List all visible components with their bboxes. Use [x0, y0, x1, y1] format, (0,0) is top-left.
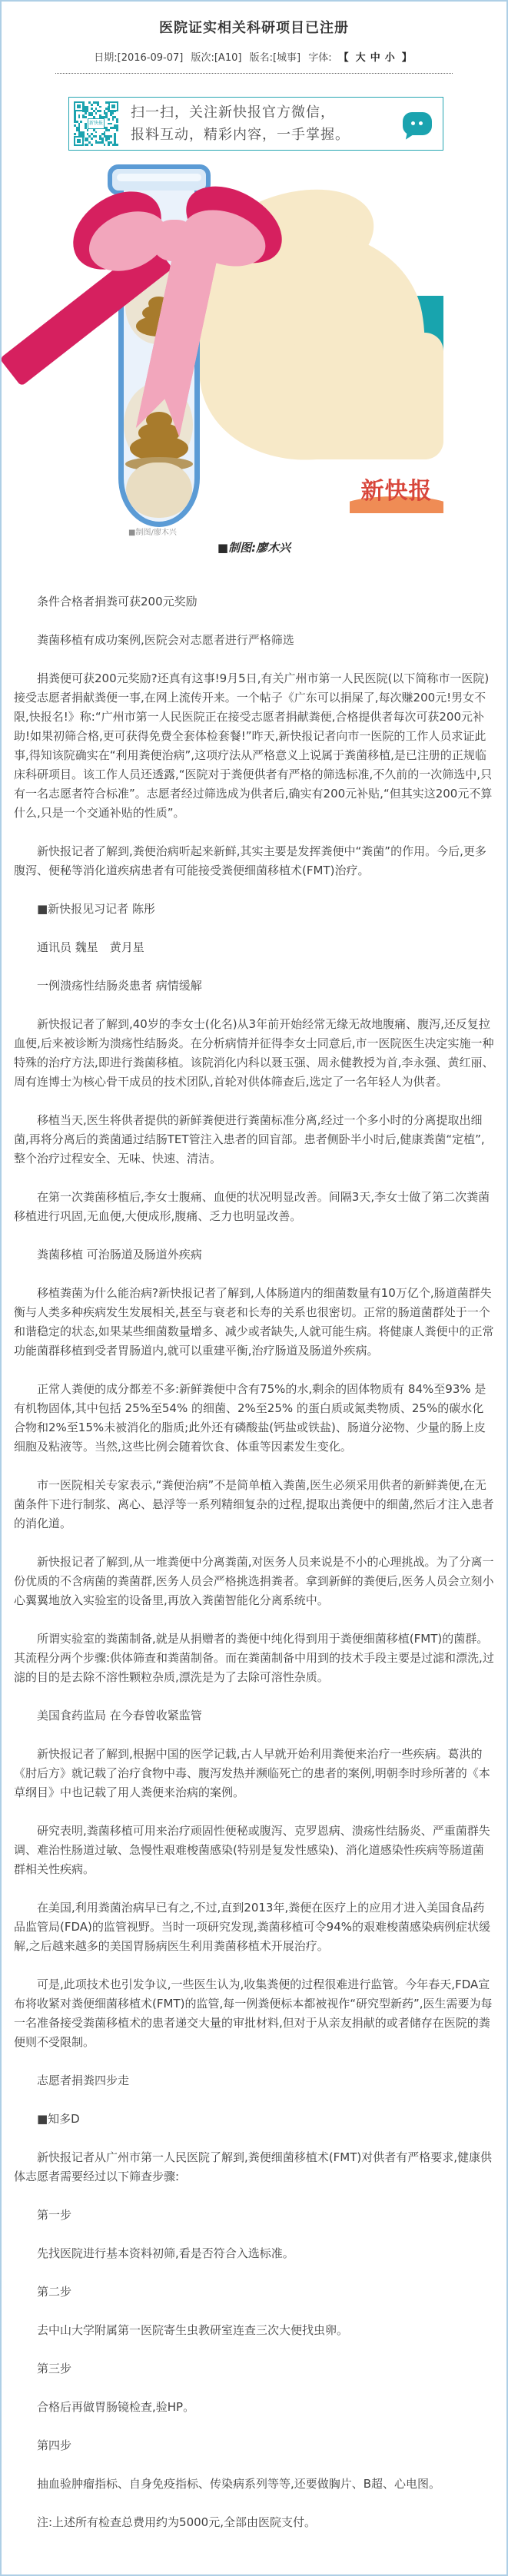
article-step: 第二步	[14, 2283, 494, 2302]
article-subtitle: 条件合格者捐粪可获200元奖励	[14, 592, 494, 612]
meta-line: 日期:[2016-09-07] 版次:[A10] 版名:[城事] 字体:【大中小…	[2, 49, 506, 64]
meta-edition: 版次:[A10]	[191, 52, 241, 64]
article-paragraph: 新快报记者了解到,从一堆粪便中分离粪菌,对医务人员来说是不小的心理挑战。为了分离…	[14, 1553, 494, 1610]
article-subtitle: 粪菌移植 可治肠道及肠道外疾病	[14, 1245, 494, 1265]
dotted-divider	[55, 73, 453, 74]
ribbon-knot	[152, 220, 197, 261]
wechat-promo-banner: 新快报 扫一扫，关注新快报官方微信， 报料互动，精彩内容，一手掌握。	[68, 97, 443, 151]
article-paragraph: 捐粪便可获200元奖励?还真有这事!9月5日,有关广州市第一人民医院(以下简称市…	[14, 669, 494, 823]
article-paragraph: 移植当天,医生将供者提供的新鲜粪便进行粪菌标准分离,经过一个多小时的分离提取出细…	[14, 1111, 494, 1169]
illustration: 新快报 ■制图/廖木兴	[2, 152, 506, 536]
article-subtitle: 粪菌移植有成功案例,医院会对志愿者进行严格筛选	[14, 631, 494, 650]
qr-finder-icon	[74, 101, 84, 111]
article-step: 第一步	[14, 2206, 494, 2225]
article-paragraph: 新快报记者了解到,根据中国的医学记载,古人早就开始利用粪便来治疗一些疾病。葛洪的…	[14, 1745, 494, 1802]
banner-line-1: 扫一扫，关注新快报官方微信，	[131, 101, 403, 124]
newspaper-logo: 新快报	[350, 469, 443, 513]
bracket-open: 【	[339, 52, 349, 64]
article-paragraph: 合格后再做胃肠镜检查,验HP。	[14, 2398, 494, 2417]
article-step: 第三步	[14, 2359, 494, 2379]
chat-bubble-icon	[403, 112, 432, 135]
meta-font-label: 字体:	[308, 52, 331, 64]
tube-sediment	[126, 462, 192, 518]
article-paragraph: 新快报记者了解到,粪便治病听起来新鲜,其实主要是发挥粪便中“粪菌”的作用。今后,…	[14, 842, 494, 880]
article-paragraph: 在第一次粪菌移植后,李女士腹痛、血便的状况明显改善。间隔3天,李女士做了第二次粪…	[14, 1188, 494, 1226]
article: 条件合格者捐粪可获200元奖励粪菌移植有成功案例,医院会对志愿者进行严格筛选捐粪…	[2, 592, 506, 2574]
article-paragraph: 新快报记者了解到,40岁的李女士(化名)从3年前开始经常无缘无故地腹痛、腹泻,还…	[14, 1015, 494, 1092]
illustration-credit: ■制图/廖木兴	[128, 525, 177, 537]
banner-text: 扫一扫，关注新快报官方微信， 报料互动，精彩内容，一手掌握。	[118, 101, 403, 146]
article-paragraph: 可是,此项技术也引发争议,一些医生认为,收集粪便的过程很难进行监管。今年春天,F…	[14, 1975, 494, 2052]
article-paragraph: 移植粪菌为什么能治病?新快报记者了解到,人体肠道内的细菌数量有10万亿个,肠道菌…	[14, 1284, 494, 1361]
article-subtitle: 一例溃疡性结肠炎患者 病情缓解	[14, 976, 494, 996]
article-paragraph: 新快报记者从广州市第一人民医院了解到,粪便细菌移植术(FMT)对供者有严格要求,…	[14, 2148, 494, 2186]
article-paragraph: 去中山大学附属第一医院寄生虫教研室连查三次大便找虫卵。	[14, 2321, 494, 2340]
font-size-small[interactable]: 小	[385, 52, 395, 64]
font-size-links: 大中小	[354, 52, 397, 64]
article-paragraph: 市一医院相关专家表示,“粪便治病”不是简单植入粪菌,医生必须采用供者的新鲜粪便,…	[14, 1476, 494, 1533]
meta-section: 版名:[城事]	[250, 52, 301, 64]
article-step: 第四步	[14, 2436, 494, 2455]
article-byline: 通讯员 魏星 黄月星	[14, 938, 494, 957]
article-paragraph: 所谓实验室的粪菌制备,就是从捐赠者的粪便中纯化得到用于粪便细菌移植(FMT)的菌…	[14, 1629, 494, 1687]
qr-finder-icon	[74, 136, 84, 146]
qr-center-label: 新快报	[88, 118, 105, 129]
article-subtitle: 志愿者捐粪四步走	[14, 2071, 494, 2090]
article-page: 医院证实相关科研项目已注册 日期:[2016-09-07] 版次:[A10] 版…	[0, 0, 508, 2576]
banner-line-2: 报料互动，精彩内容，一手掌握。	[131, 124, 403, 146]
image-caption: ■制图:廖木兴	[2, 539, 506, 555]
article-paragraph: 正常人粪便的成分都差不多:新鲜粪便中含有75%的水,剩余的固体物质有 84%至9…	[14, 1380, 494, 1457]
page-title: 医院证实相关科研项目已注册	[2, 17, 506, 37]
article-subtitle: 美国食药监局 在今春曾收紧监管	[14, 1706, 494, 1726]
bracket-close: 】	[402, 52, 412, 64]
article-paragraph: 先找医院进行基本资料初筛,看是否符合入选标准。	[14, 2244, 494, 2263]
meta-date: 日期:[2016-09-07]	[94, 52, 183, 64]
article-paragraph: 在美国,利用粪菌治病早已有之,不过,直到2013年,粪便在医疗上的应用才进入美国…	[14, 1898, 494, 1956]
article-byline: ■知多D	[14, 2110, 494, 2129]
article-paragraph: 研究表明,粪菌移植可用来治疗顽固性便秘或腹泻、克罗恩病、溃疡性结肠炎、严重菌群失…	[14, 1822, 494, 1879]
hand	[294, 333, 443, 459]
qr-finder-icon	[108, 101, 118, 111]
qr-code: 新快报	[74, 101, 118, 146]
logo-text: 新快报	[350, 472, 443, 506]
article-byline: ■新快报见习记者 陈彤	[14, 900, 494, 919]
font-size-large[interactable]: 大	[356, 52, 366, 64]
font-size-medium[interactable]: 中	[370, 52, 380, 64]
article-note: 注:上述所有检查总费用约为5000元,全部由医院支付。	[14, 2513, 494, 2532]
